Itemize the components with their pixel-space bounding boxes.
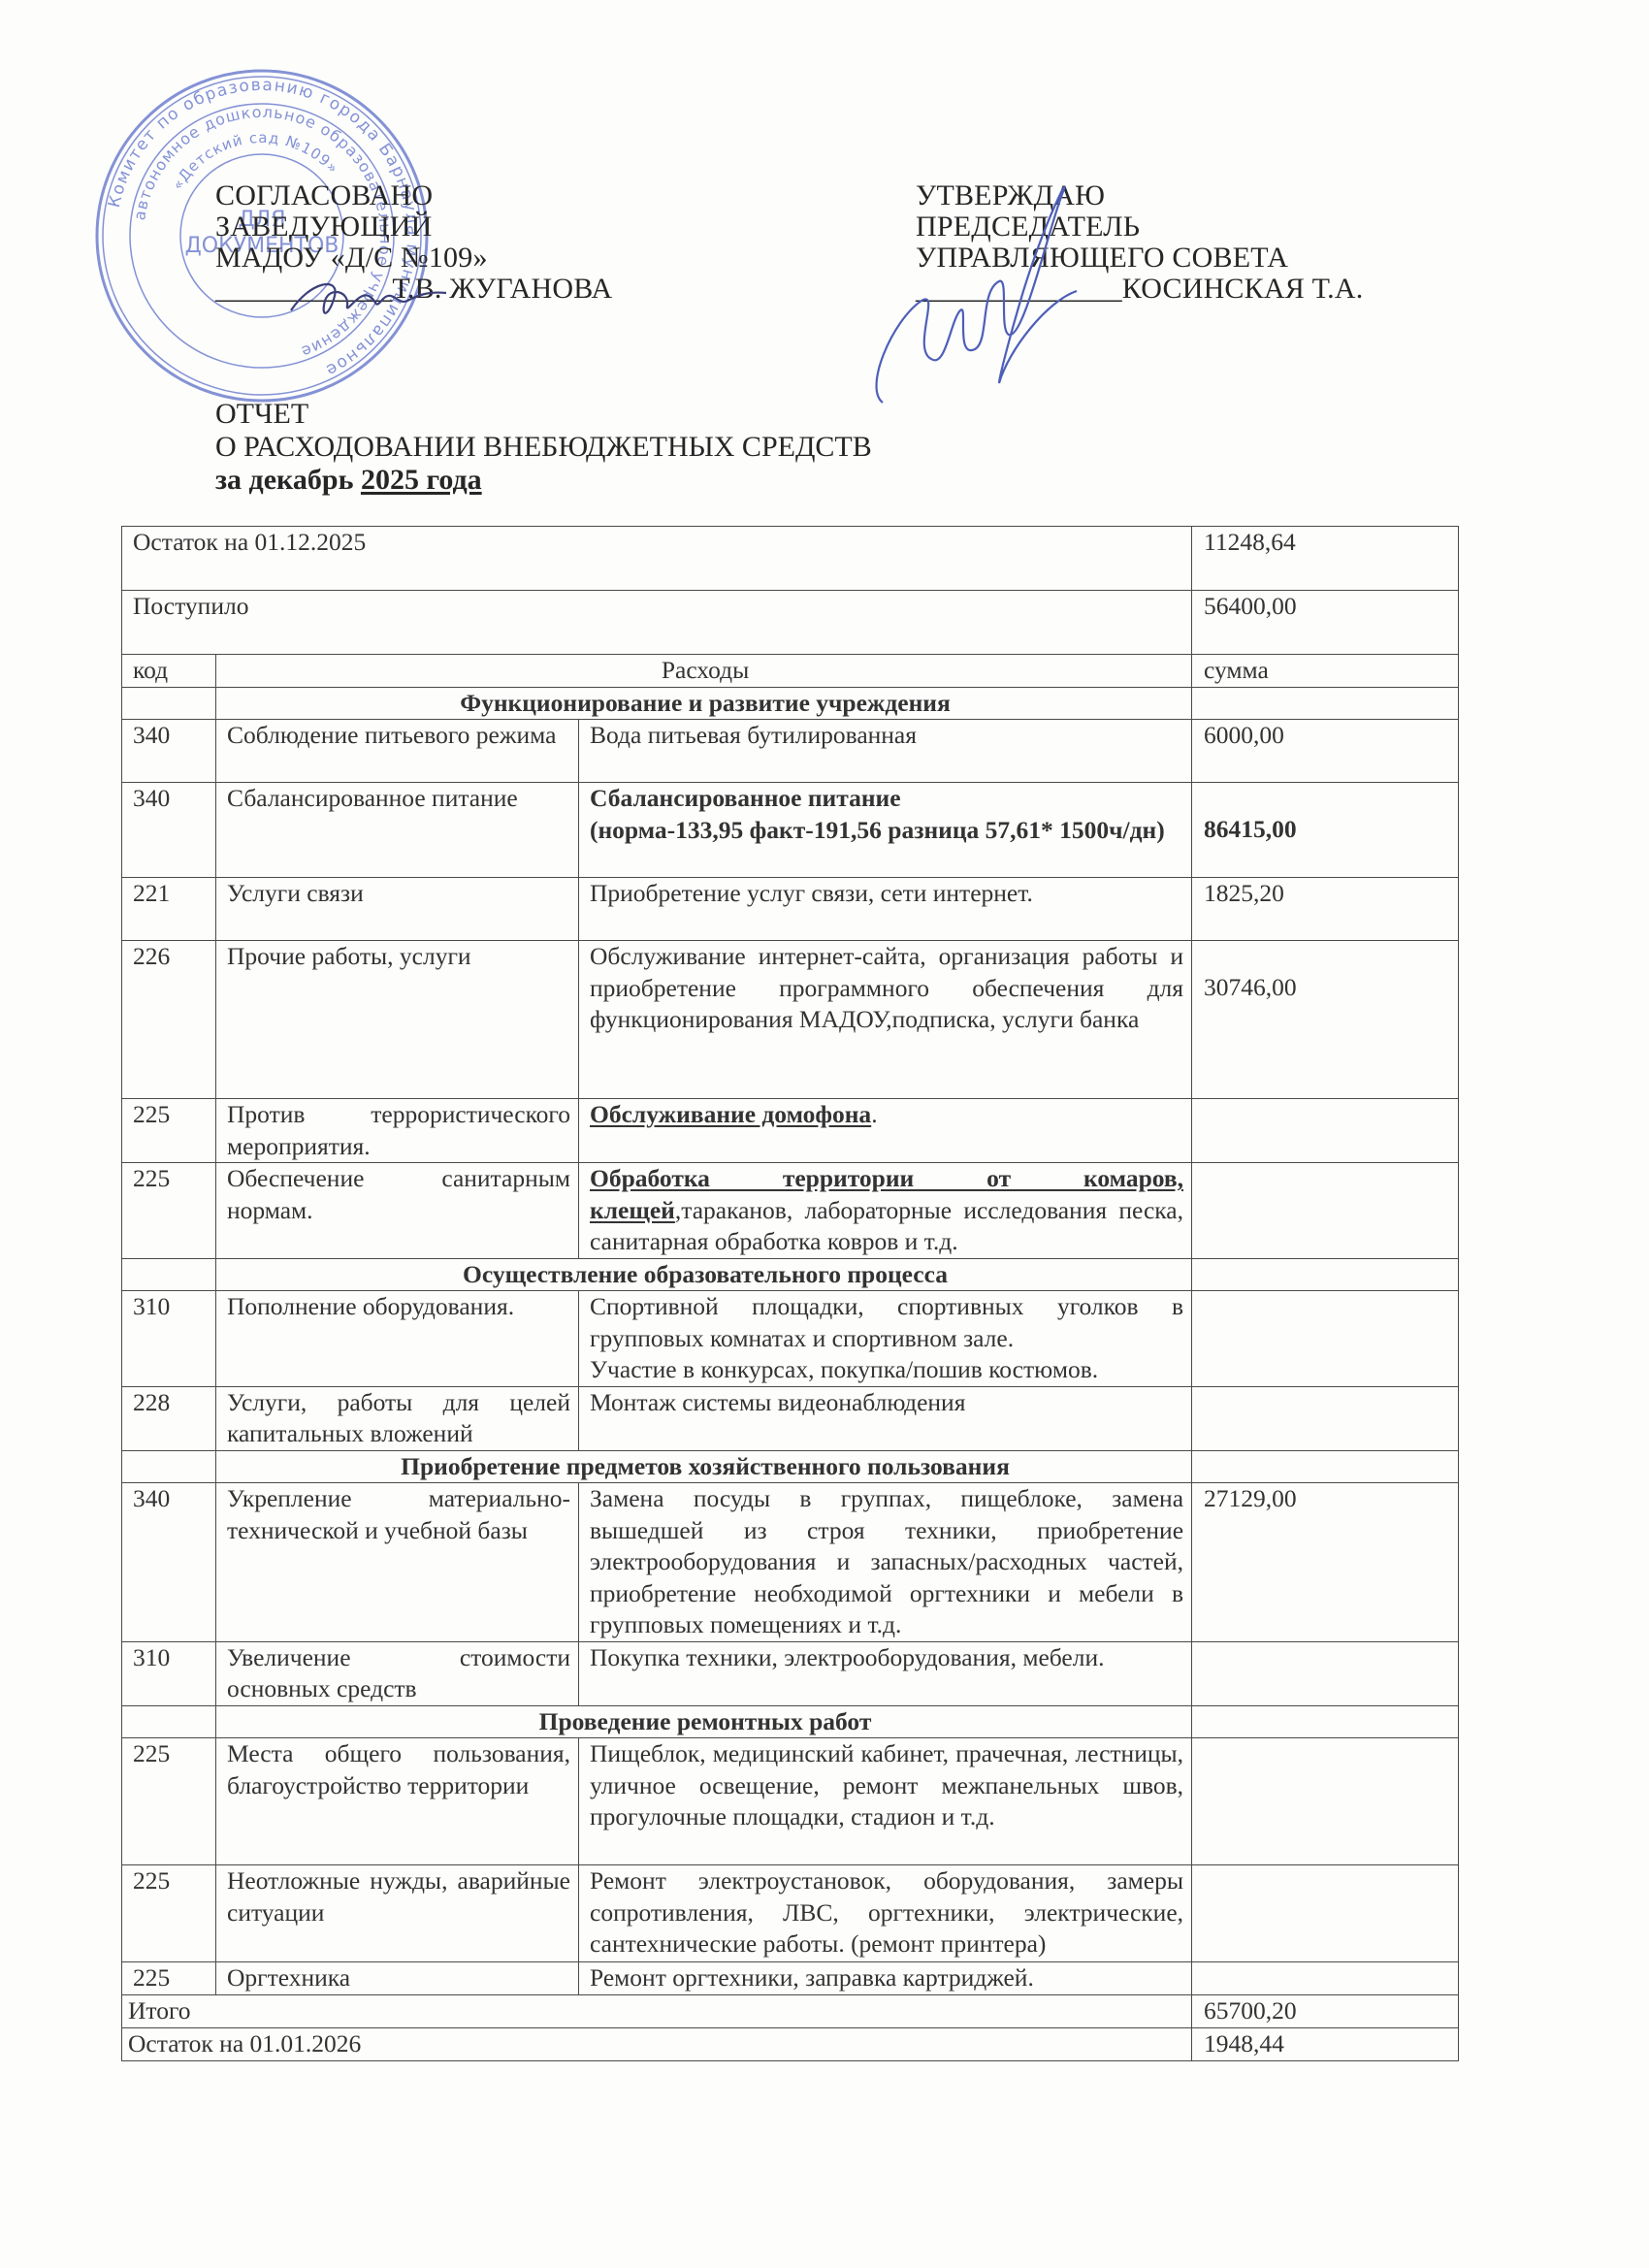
total-row: Итого 65700,20	[122, 1995, 1459, 2028]
row-description: Спортивной площадки, спортивных уголков …	[579, 1291, 1192, 1387]
row-code: 221	[122, 878, 216, 941]
approval-left-heading: СОГЛАСОВАНО	[215, 180, 612, 211]
approval-block-right: УТВЕРЖДАЮ ПРЕДСЕДАТЕЛЬ УПРАВЛЯЮЩЕГО СОВЕ…	[916, 180, 1363, 305]
row-description: Приобретение услуг связи, сети интернет.	[579, 878, 1192, 941]
row-item: Сбалансированное питание	[216, 783, 579, 878]
row-description: Обслуживание интернет-сайта, организация…	[579, 941, 1192, 1099]
section-title: Осуществление образовательного процесса	[216, 1258, 1192, 1291]
section-row: Функционирование и развитие учреждения	[122, 687, 1459, 720]
row-sum	[1192, 1641, 1459, 1705]
total-value: 65700,20	[1192, 1995, 1459, 2028]
table-row: 310 Пополнение оборудования. Спортивной …	[122, 1291, 1459, 1387]
row-sum: 1825,20	[1192, 878, 1459, 941]
table-row: 340 Сбалансированное питание Сбалансиров…	[122, 783, 1459, 878]
row-item: Обеспечение санитарным нормам.	[216, 1163, 579, 1259]
row-description: Сбалансированное питание (норма-133,95 ф…	[579, 783, 1192, 878]
report-title: ОТЧЕТ О РАСХОДОВАНИИ ВНЕБЮДЖЕТНЫХ СРЕДСТ…	[215, 398, 872, 497]
row-item: Услуги связи	[216, 878, 579, 941]
row-description: Ремонт электроустановок, оборудования, з…	[579, 1865, 1192, 1962]
approval-right-organization: УПРАВЛЯЮЩЕГО СОВЕТА	[916, 243, 1363, 274]
table-row: 221 Услуги связи Приобретение услуг связ…	[122, 878, 1459, 941]
row-code: 228	[122, 1386, 216, 1450]
section-title: Функционирование и развитие учреждения	[216, 687, 1192, 720]
row-item: Неотложные нужды, аварийные ситуации	[216, 1865, 579, 1962]
approval-left-signature-line: ____________Т.В. ЖУГАНОВА	[215, 274, 612, 305]
closing-balance-value: 1948,44	[1192, 2027, 1459, 2060]
row-description: Вода питьевая бутилированная	[579, 720, 1192, 783]
title-period-year: 2025 года	[361, 464, 482, 496]
table-row: 225 Оргтехника Ремонт оргтехники, заправ…	[122, 1962, 1459, 1995]
table-row: 310 Увеличение стоимости основных средст…	[122, 1641, 1459, 1705]
row-sum	[1192, 1099, 1459, 1163]
table-row: 340 Соблюдение питьевого режима Вода пит…	[122, 720, 1459, 783]
row-code: 225	[122, 1962, 216, 1995]
row-code: 340	[122, 783, 216, 878]
row-description: Пищеблок, медицинский кабинет, прачечная…	[579, 1738, 1192, 1865]
row-sum: 30746,00	[1192, 941, 1459, 1099]
approval-right-signature-line: ______________КОСИНСКАЯ Т.А.	[916, 274, 1363, 305]
row-item: Увеличение стоимости основных средств	[216, 1641, 579, 1705]
table-row: 225 Против террористического мероприятия…	[122, 1099, 1459, 1163]
row-sum: 86415,00	[1192, 783, 1459, 878]
section-row: Проведение ремонтных работ	[122, 1705, 1459, 1738]
row-sum	[1192, 1738, 1459, 1865]
table-row: 226 Прочие работы, услуги Обслуживание и…	[122, 941, 1459, 1099]
section-title: Приобретение предметов хозяйственного по…	[216, 1450, 1192, 1483]
row-description: Покупка техники, электрооборудования, ме…	[579, 1641, 1192, 1705]
approval-left-organization: МАДОУ «Д/С №109»	[215, 243, 612, 274]
row-description: Ремонт оргтехники, заправка картриджей.	[579, 1962, 1192, 1995]
row-code: 340	[122, 720, 216, 783]
opening-balance-label: Остаток на 01.12.2025	[122, 527, 1192, 591]
received-label: Поступило	[122, 591, 1192, 655]
header-expenses: Расходы	[216, 655, 1192, 688]
approval-left-position: ЗАВЕДУЮЩИЙ	[215, 211, 612, 243]
received-value: 56400,00	[1192, 591, 1459, 655]
row-sum	[1192, 1291, 1459, 1387]
row-code: 340	[122, 1483, 216, 1642]
row-code: 310	[122, 1641, 216, 1705]
row-sum	[1192, 1386, 1459, 1450]
approval-block-left: СОГЛАСОВАНО ЗАВЕДУЮЩИЙ МАДОУ «Д/С №109» …	[215, 180, 612, 305]
table-row: 340 Укрепление материально-технической и…	[122, 1483, 1459, 1642]
section-title: Проведение ремонтных работ	[216, 1705, 1192, 1738]
received-row: Поступило 56400,00	[122, 591, 1459, 655]
section-row: Приобретение предметов хозяйственного по…	[122, 1450, 1459, 1483]
row-description: Обслуживание домофона.	[579, 1099, 1192, 1163]
row-description: Замена посуды в группах, пищеблоке, заме…	[579, 1483, 1192, 1642]
table-row: 228 Услуги, работы для целей капитальных…	[122, 1386, 1459, 1450]
row-code: 226	[122, 941, 216, 1099]
row-description: Обработка территории от комаров, клещей,…	[579, 1163, 1192, 1259]
row-description: Монтаж системы видеонаблюдения	[579, 1386, 1192, 1450]
row-code: 225	[122, 1738, 216, 1865]
row-sum: 6000,00	[1192, 720, 1459, 783]
row-item: Услуги, работы для целей капитальных вло…	[216, 1386, 579, 1450]
header-sum: сумма	[1192, 655, 1459, 688]
row-sum	[1192, 1962, 1459, 1995]
row-item: Оргтехника	[216, 1962, 579, 1995]
approval-right-heading: УТВЕРЖДАЮ	[916, 180, 1363, 211]
row-item: Места общего пользования, благоустройств…	[216, 1738, 579, 1865]
row-code: 225	[122, 1163, 216, 1259]
row-item: Укрепление материально-технической и уче…	[216, 1483, 579, 1642]
total-label: Итого	[122, 1995, 1192, 2028]
opening-balance-row: Остаток на 01.12.2025 11248,64	[122, 527, 1459, 591]
title-line-1: ОТЧЕТ	[215, 398, 872, 431]
table-row: 225 Обеспечение санитарным нормам. Обраб…	[122, 1163, 1459, 1259]
row-code: 225	[122, 1099, 216, 1163]
row-item: Против террористического мероприятия.	[216, 1099, 579, 1163]
approval-right-position: ПРЕДСЕДАТЕЛЬ	[916, 211, 1363, 243]
closing-balance-row: Остаток на 01.01.2026 1948,44	[122, 2027, 1459, 2060]
row-item: Пополнение оборудования.	[216, 1291, 579, 1387]
title-line-2: О РАСХОДОВАНИИ ВНЕБЮДЖЕТНЫХ СРЕДСТВ	[215, 431, 872, 464]
row-sum	[1192, 1163, 1459, 1259]
row-code: 225	[122, 1865, 216, 1962]
row-item: Соблюдение питьевого режима	[216, 720, 579, 783]
title-period: за декабрь 2025 года	[215, 464, 872, 497]
header-code: код	[122, 655, 216, 688]
row-item: Прочие работы, услуги	[216, 941, 579, 1099]
table-row: 225 Места общего пользования, благоустро…	[122, 1738, 1459, 1865]
expense-report-table: Остаток на 01.12.2025 11248,64 Поступило…	[121, 526, 1459, 2061]
row-sum	[1192, 1865, 1459, 1962]
opening-balance-value: 11248,64	[1192, 527, 1459, 591]
closing-balance-label: Остаток на 01.01.2026	[122, 2027, 1192, 2060]
row-sum: 27129,00	[1192, 1483, 1459, 1642]
table-row: 225 Неотложные нужды, аварийные ситуации…	[122, 1865, 1459, 1962]
row-code: 310	[122, 1291, 216, 1387]
header-row: код Расходы сумма	[122, 655, 1459, 688]
section-row: Осуществление образовательного процесса	[122, 1258, 1459, 1291]
